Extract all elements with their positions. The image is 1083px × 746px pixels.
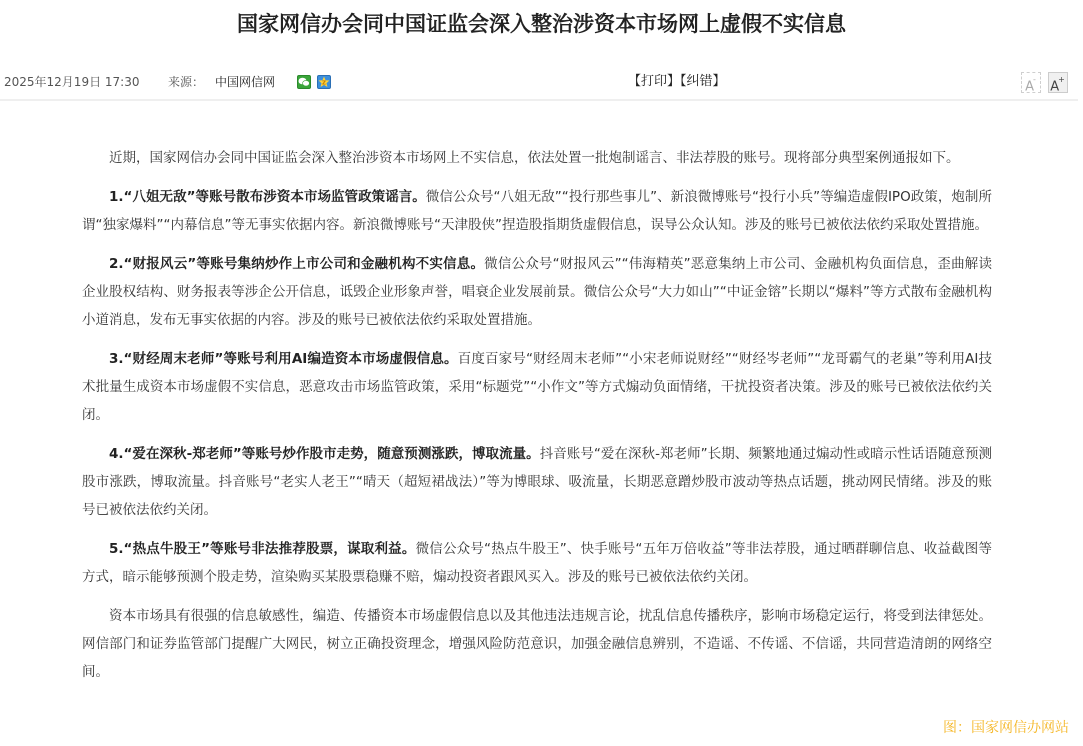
header-divider: [0, 99, 1078, 101]
font-larger-button[interactable]: A+: [1048, 72, 1068, 93]
qzone-icon[interactable]: Z: [317, 75, 331, 89]
article-actions: 【打印】【纠错】: [628, 70, 726, 94]
case-heading: 4.“爱在深秋-郑老师”等账号炒作股市走势，随意预测涨跌，博取流量。: [109, 446, 540, 462]
svg-text:Z: Z: [322, 81, 326, 87]
font-smaller-button[interactable]: A-: [1021, 72, 1041, 93]
wechat-icon[interactable]: [297, 75, 311, 89]
print-link[interactable]: 【打印】: [628, 74, 680, 89]
source-label: 来源：: [168, 70, 204, 94]
article-body: 近期，国家网信办会同中国证监会深入整治涉资本市场网上不实信息，依法处置一批炮制谣…: [82, 144, 992, 697]
source-name: 中国网信网: [215, 70, 275, 94]
case-paragraph-1: 1.“八姐无敌”等账号散布涉资本市场监管政策谣言。微信公众号“八姐无敌”“投行那…: [82, 183, 992, 239]
intro-paragraph: 近期，国家网信办会同中国证监会深入整治涉资本市场网上不实信息，依法处置一批炮制谣…: [82, 144, 992, 172]
case-paragraph-4: 4.“爱在深秋-郑老师”等账号炒作股市走势，随意预测涨跌，博取流量。抖音账号“爱…: [82, 440, 992, 524]
conclusion-paragraph: 资本市场具有很强的信息敏感性，编造、传播资本市场虚假信息以及其他违法违规言论，扰…: [82, 602, 992, 686]
plus-icon: +: [1058, 75, 1065, 84]
article-meta-bar: 2025年12月19日 17:30 来源： 中国网信网 Z 【打印】【纠错】 A…: [0, 70, 1083, 94]
case-paragraph-2: 2.“财报风云”等账号集纳炒作上市公司和金融机构不实信息。微信公众号“财报风云”…: [82, 250, 992, 334]
case-heading: 2.“财报风云”等账号集纳炒作上市公司和金融机构不实信息。: [109, 256, 484, 272]
publish-date: 2025年12月19日 17:30: [4, 70, 139, 94]
case-paragraph-5: 5.“热点牛股王”等账号非法推荐股票，谋取利益。微信公众号“热点牛股王”、快手账…: [82, 535, 992, 591]
image-caption: 图：国家网信办网站: [943, 716, 1069, 740]
case-heading: 5.“热点牛股王”等账号非法推荐股票，谋取利益。: [109, 541, 416, 557]
case-paragraph-3: 3.“财经周末老师”等账号利用AI编造资本市场虚假信息。百度百家号“财经周末老师…: [82, 345, 992, 429]
article-title: 国家网信办会同中国证监会深入整治涉资本市场网上虚假不实信息: [0, 10, 1083, 38]
case-heading: 3.“财经周末老师”等账号利用AI编造资本市场虚假信息。: [109, 351, 458, 367]
case-heading: 1.“八姐无敌”等账号散布涉资本市场监管政策谣言。: [109, 189, 426, 205]
minus-icon: -: [1033, 75, 1036, 84]
article-page: 国家网信办会同中国证监会深入整治涉资本市场网上虚假不实信息 2025年12月19…: [0, 0, 1083, 746]
report-error-link[interactable]: 【纠错】: [680, 74, 726, 89]
